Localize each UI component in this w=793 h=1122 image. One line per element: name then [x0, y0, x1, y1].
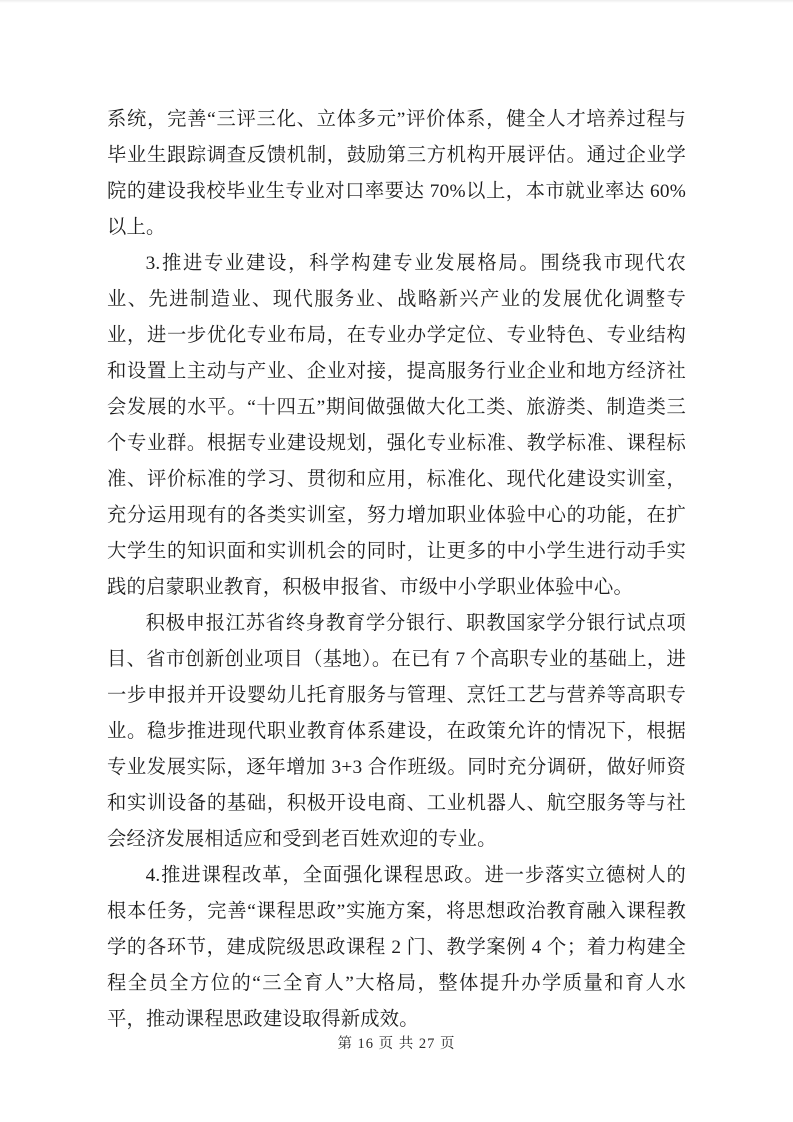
page-top-edge: [0, 0, 793, 3]
paragraph-item-4-curriculum-reform: 4.推进课程改革，全面强化课程思政。进一步落实立德树人的根本任务，完善“课程思政…: [107, 858, 686, 1038]
paragraph-continuation: 系统，完善“三评三化、立体多元”评价体系，健全人才培养过程与毕业生跟踪调查反馈机…: [107, 102, 686, 246]
paragraph-item-3-major-construction: 3.推进专业建设，科学构建专业发展格局。围绕我市现代农业、先进制造业、现代服务业…: [107, 246, 686, 606]
paragraph-credit-bank-projects: 积极申报江苏省终身教育学分银行、职教国家学分银行试点项目、省市创新创业项目（基地…: [107, 606, 686, 858]
page-number-footer: 第 16 页 共 27 页: [0, 1034, 793, 1054]
document-page: 系统，完善“三评三化、立体多元”评价体系，健全人才培养过程与毕业生跟踪调查反馈机…: [0, 0, 793, 1122]
page-body-text: 系统，完善“三评三化、立体多元”评价体系，健全人才培养过程与毕业生跟踪调查反馈机…: [107, 102, 686, 1038]
